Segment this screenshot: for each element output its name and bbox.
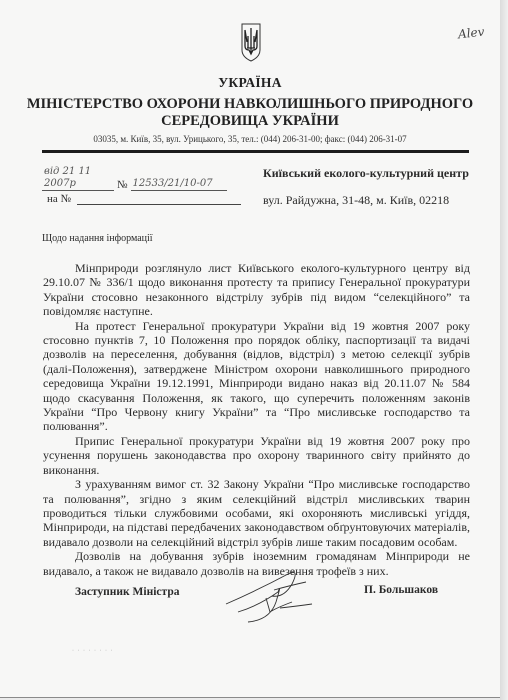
- signatory-name: П. Большаков: [364, 584, 438, 596]
- country-heading: УКРАЇНА: [0, 75, 500, 91]
- paragraph: З урахуванням вимог ст. 32 Закону Україн…: [43, 477, 470, 549]
- recipient-address: вул. Райдужна, 31-48, м. Київ, 02218: [263, 193, 449, 208]
- reply-number-field: [77, 193, 241, 205]
- paragraph: На протест Генеральної прокуратури Украї…: [43, 319, 470, 434]
- ministry-address: 03035, м. Київ, 35, вул. Урицького, 35, …: [0, 134, 500, 144]
- ministry-line-2: СЕРЕДОВИЩА УКРАЇНИ: [0, 113, 500, 130]
- outgoing-reference: від 21 11 2007р № 12533/21/10-07: [42, 166, 227, 191]
- trident-emblem-icon: [241, 22, 261, 62]
- number-symbol: №: [117, 179, 128, 191]
- reply-label: на №: [47, 193, 71, 205]
- outgoing-date: від 21 11 2007р: [42, 166, 114, 191]
- subject-line: Щодо надання інформації: [42, 233, 153, 244]
- outgoing-number: 12533/21/10-07: [131, 178, 227, 191]
- paragraph: Припис Генеральної прокуратури України в…: [43, 434, 470, 477]
- reply-reference: на №: [47, 193, 241, 205]
- letterhead-rule: [42, 150, 469, 153]
- ministry-heading: МІНІСТЕРСТВО ОХОРОНИ НАВКОЛИШНЬОГО ПРИРО…: [0, 96, 500, 130]
- recipient-name: Київський еколого-культурний центр: [263, 166, 469, 181]
- handwritten-signature-icon: [218, 562, 328, 624]
- footer-code: · · · · · · · ·: [72, 648, 113, 654]
- scan-edge: [500, 0, 508, 700]
- ministry-line-1: МІНІСТЕРСТВО ОХОРОНИ НАВКОЛИШНЬОГО ПРИРО…: [0, 96, 500, 113]
- paragraph: Мінприроди розглянуло лист Київського ек…: [43, 261, 470, 319]
- signatory-title: Заступник Міністра: [75, 586, 179, 598]
- letter-body: Мінприроди розглянуло лист Київського ек…: [43, 261, 470, 578]
- handwritten-note: Alev: [457, 25, 485, 42]
